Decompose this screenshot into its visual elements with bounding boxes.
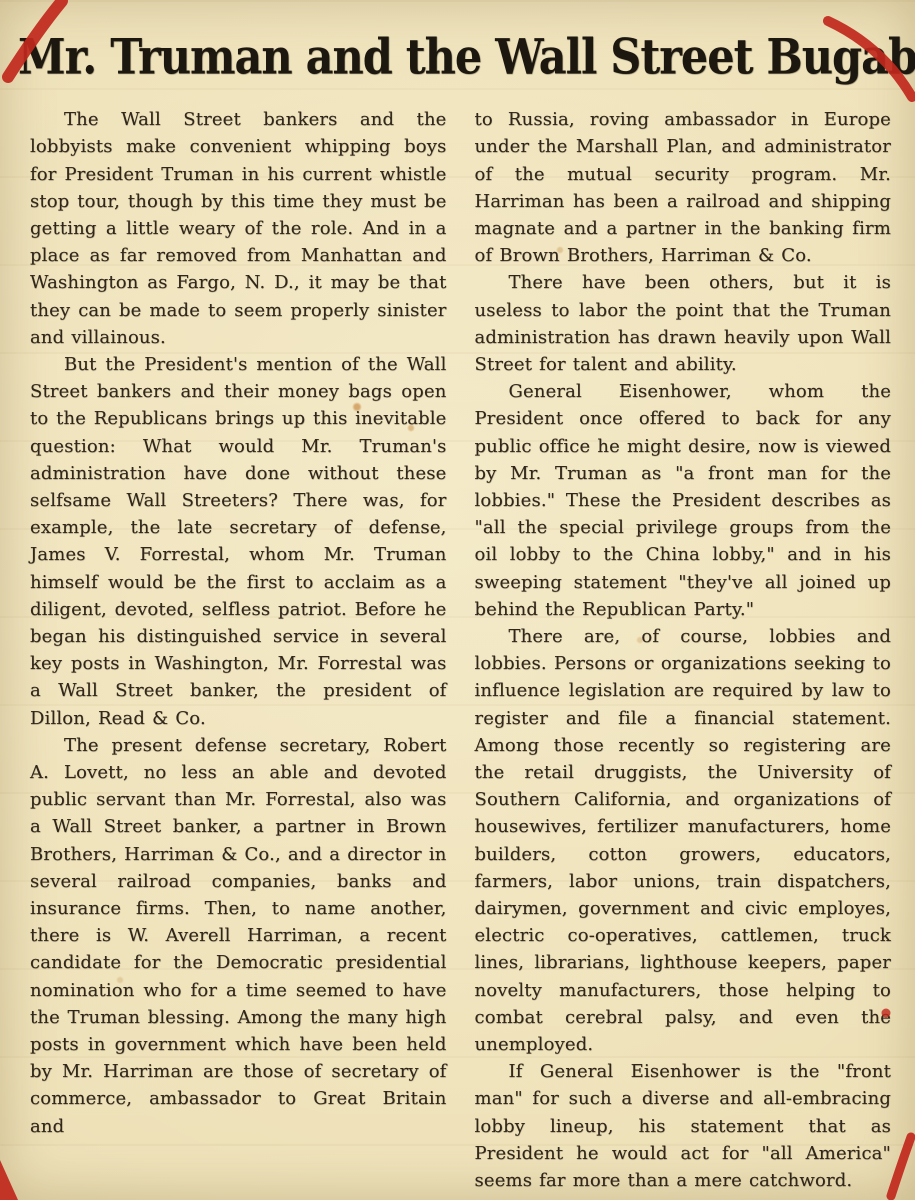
- left-column: The Wall Street bankers and the lobbyist…: [30, 106, 447, 1194]
- right-column: to Russia, roving ambassador in Europe u…: [475, 106, 892, 1194]
- newspaper-clipping: Mr. Truman and the Wall Street Bugaboo T…: [0, 0, 915, 1200]
- article-paragraph-continuation: to Russia, roving ambassador in Europe u…: [475, 106, 892, 269]
- article-paragraph: There have been others, but it is useles…: [475, 269, 892, 378]
- article-title: Mr. Truman and the Wall Street Bugaboo: [18, 30, 903, 85]
- article-body: The Wall Street bankers and the lobbyist…: [0, 78, 915, 1194]
- article-paragraph: The Wall Street bankers and the lobbyist…: [30, 106, 447, 351]
- article-paragraph: General Eisenhower, whom the President o…: [475, 378, 892, 623]
- article-paragraph: The present defense secretary, Robert A.…: [30, 732, 447, 1140]
- article-paragraph: But the President's mention of the Wall …: [30, 351, 447, 732]
- article-paragraph: There are, of course, lobbies and lobbie…: [475, 623, 892, 1058]
- article-paragraph: If General Eisenhower is the "front man"…: [475, 1058, 892, 1194]
